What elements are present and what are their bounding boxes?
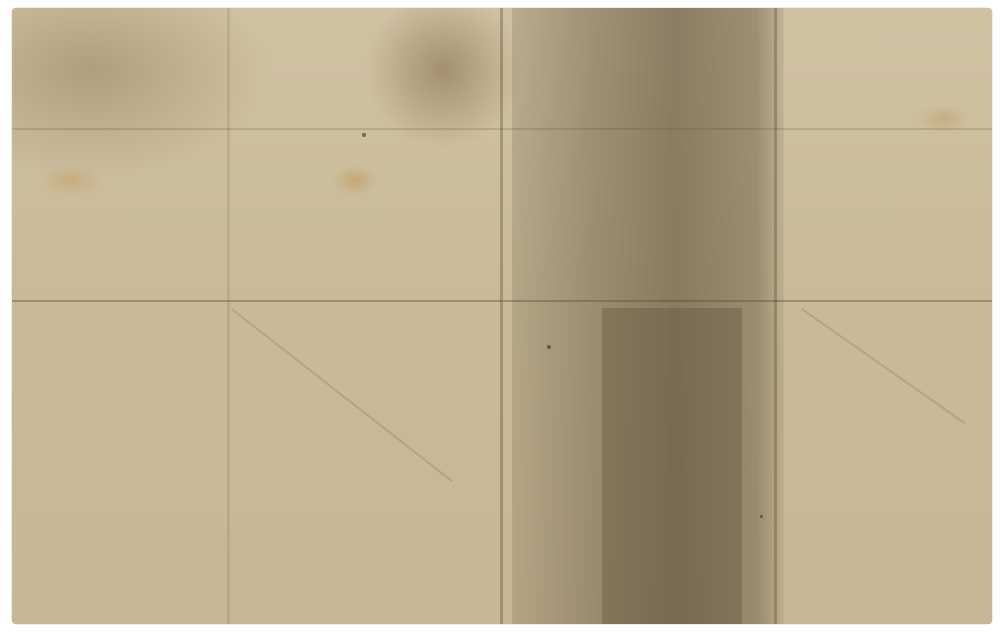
horizontal-fold <box>12 300 992 302</box>
vertical-fold-center <box>500 8 503 624</box>
ink-spot <box>362 133 366 137</box>
horizontal-crease-upper <box>12 128 992 130</box>
ink-spot <box>547 345 551 349</box>
dark-stain-lower <box>602 308 742 624</box>
vertical-crease-left <box>227 8 230 624</box>
vertical-fold-right <box>774 8 777 624</box>
ink-spot <box>760 515 763 518</box>
aged-paper-sheet <box>12 8 992 624</box>
